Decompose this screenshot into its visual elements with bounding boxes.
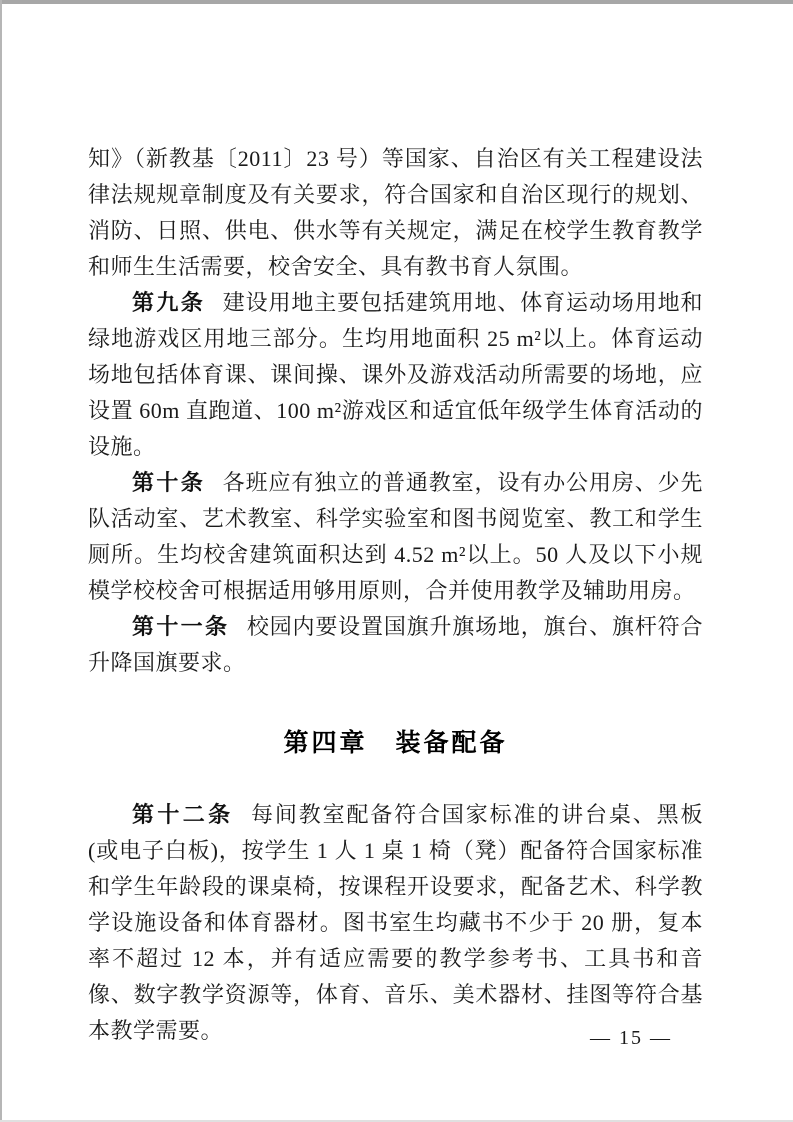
paragraph-text: 建设用地主要包括建筑用地、体育运动场用地和绿地游戏区用地三部分。生均用地面积 2… [88,290,703,459]
article-number-label: 第十条 [132,470,205,495]
scan-edge-top [0,0,793,4]
paragraph-text: 知》（新教基〔2011〕23 号）等国家、自治区有关工程建设法律法规规章制度及有… [88,146,703,279]
paragraph-text: 每间教室配备符合国家标准的讲台桌、黑板(或电子白板)，按学生 1 人 1 桌 1… [88,802,703,1043]
article-number-label: 第十一条 [132,614,229,639]
article-number-label: 第十二条 [132,802,233,827]
body-paragraph-article-12: 第十二条每间教室配备符合国家标准的讲台桌、黑板(或电子白板)，按学生 1 人 1… [88,797,703,1049]
scan-edge-left [0,0,2,1122]
body-paragraph-continuation: 知》（新教基〔2011〕23 号）等国家、自治区有关工程建设法律法规规章制度及有… [88,141,703,285]
chapter-heading: 第四章 装备配备 [88,725,703,761]
text-block: 知》（新教基〔2011〕23 号）等国家、自治区有关工程建设法律法规规章制度及有… [88,141,703,1049]
body-paragraph-article-9: 第九条建设用地主要包括建筑用地、体育运动场用地和绿地游戏区用地三部分。生均用地面… [88,285,703,465]
page-number: — 15 — [590,1026,672,1050]
body-paragraph-article-11: 第十一条校园内要设置国旗升旗场地，旗台、旗杆符合升降国旗要求。 [88,609,703,681]
body-paragraph-article-10: 第十条各班应有独立的普通教室，设有办公用房、少先队活动室、艺术教室、科学实验室和… [88,465,703,609]
article-number-label: 第九条 [132,290,205,315]
document-page: 知》（新教基〔2011〕23 号）等国家、自治区有关工程建设法律法规规章制度及有… [0,0,793,1122]
